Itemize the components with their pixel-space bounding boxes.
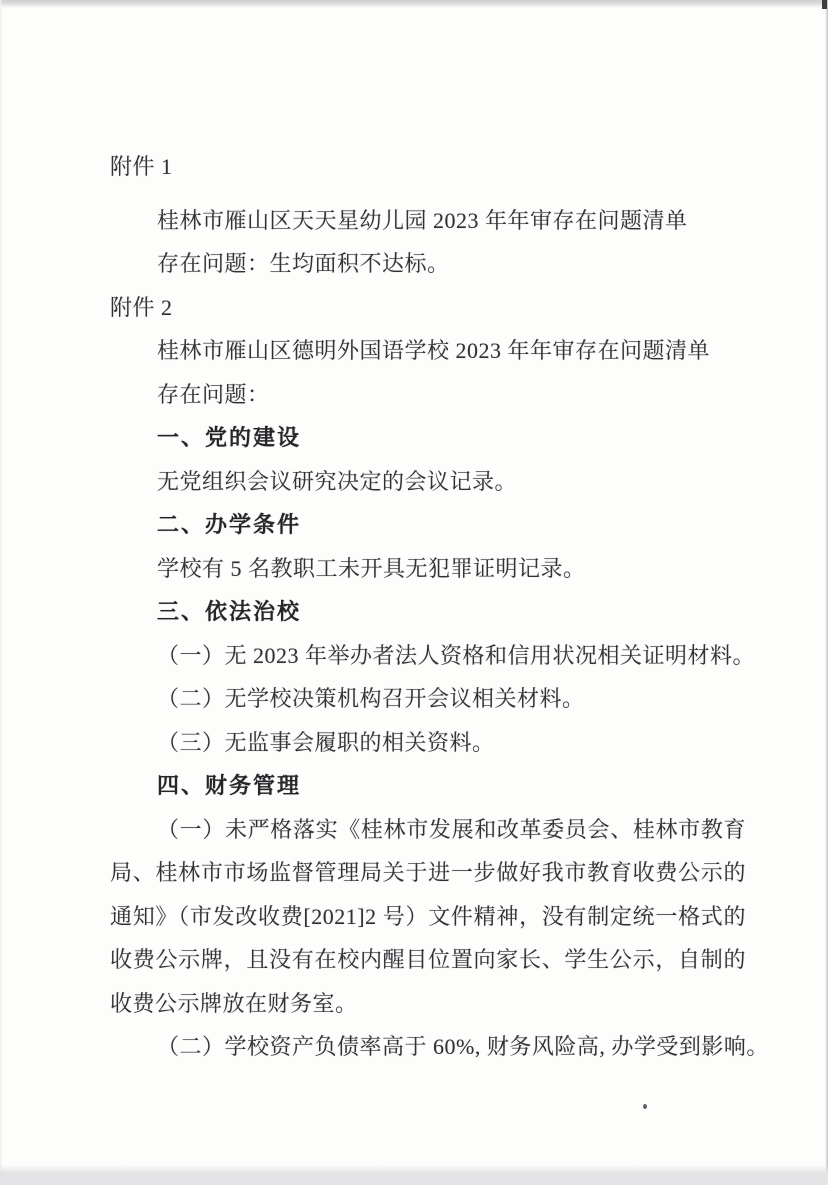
attachment1-problem: 存在问题：生均面积不达标。: [110, 242, 746, 286]
section-law-governance-item-1: （一）无 2023 年举办者法人资格和信用状况相关证明材料。: [110, 634, 746, 678]
section-finance-item1-line2: 局、桂林市市场监督管理局关于进一步做好我市教育收费公示的: [110, 851, 746, 895]
section-finance-heading: 四、财务管理: [110, 764, 746, 808]
section-finance-item1-line4: 收费公示牌，且没有在校内醒目位置向家长、学生公示，自制的: [110, 938, 746, 982]
document-content: 附件 1 桂林市雁山区天天星幼儿园 2023 年年审存在问题清单 存在问题：生均…: [110, 145, 746, 1069]
section-law-governance-item-3: （三）无监事会履职的相关资料。: [110, 721, 746, 765]
scan-top-edge: [0, 0, 828, 8]
section-school-conditions-heading: 二、办学条件: [110, 503, 746, 547]
attachment2-title: 桂林市雁山区德明外国语学校 2023 年年审存在问题清单: [110, 329, 746, 373]
scan-left-edge: [0, 0, 3, 1185]
section-law-governance-heading: 三、依法治校: [110, 590, 746, 634]
section-party-building-item: 无党组织会议研究决定的会议记录。: [110, 460, 746, 504]
section-law-governance-item-2: （二）无学校决策机构召开会议相关材料。: [110, 677, 746, 721]
section-finance-item1-line3: 通知》（市发改收费[2021]2 号）文件精神，没有制定统一格式的: [110, 895, 746, 939]
section-school-conditions-item: 学校有 5 名教职工未开具无犯罪证明记录。: [110, 547, 746, 591]
section-finance-item1-line5: 收费公示牌放在财务室。: [110, 982, 746, 1026]
attachment1-title: 桂林市雁山区天天星幼儿园 2023 年年审存在问题清单: [110, 199, 746, 243]
section-party-building-heading: 一、党的建设: [110, 416, 746, 460]
scan-corner-artifact: [822, 0, 827, 9]
scan-bottom-edge: [0, 1165, 828, 1185]
attachment1-label: 附件 1: [110, 145, 746, 189]
section-finance-item1-line1: （一）未严格落实《桂林市发展和改革委员会、桂林市教育: [110, 808, 746, 852]
scan-dot-artifact: [643, 1104, 647, 1109]
section-finance-item2: （二）学校资产负债率高于 60%, 财务风险高, 办学受到影响。: [110, 1025, 746, 1069]
attachment2-problem-label: 存在问题：: [110, 373, 746, 417]
attachment2-label: 附件 2: [110, 286, 746, 330]
